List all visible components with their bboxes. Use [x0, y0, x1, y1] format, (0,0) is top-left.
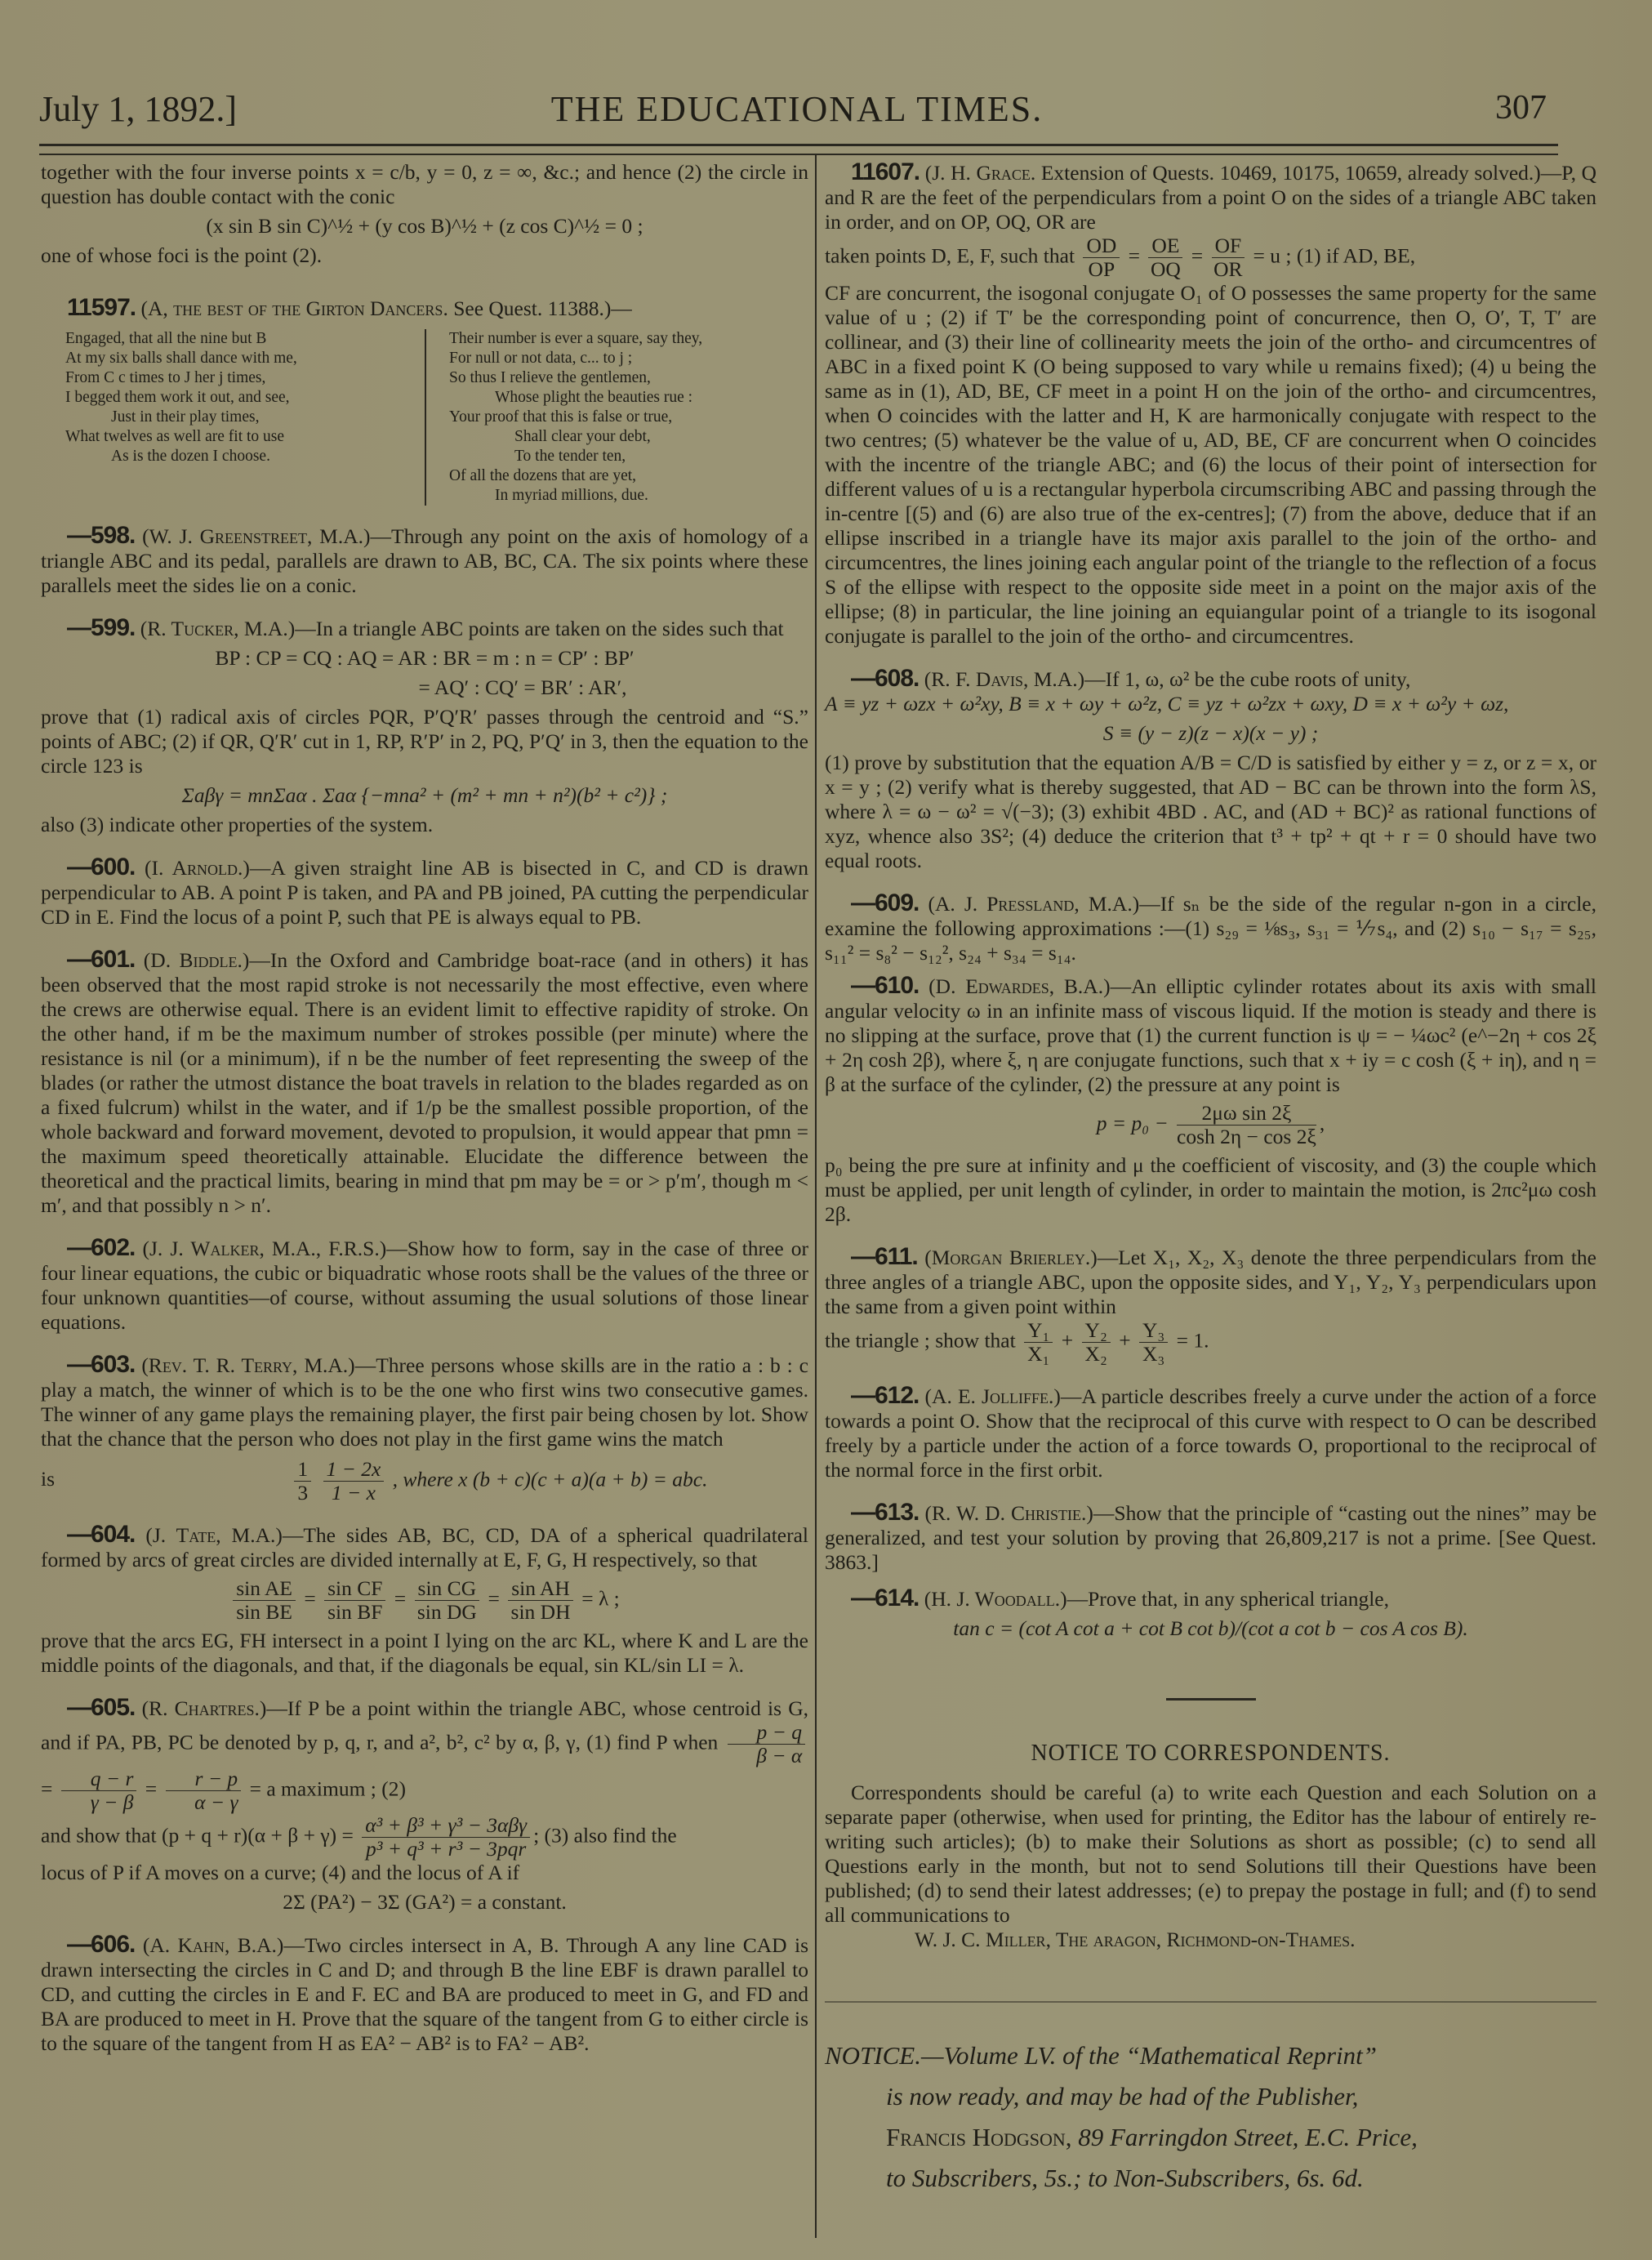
- poem-line: To the tender ten,: [449, 447, 808, 466]
- question-author: (I. Arnold.): [145, 856, 250, 880]
- question-author: (Morgan Brierley.): [924, 1246, 1098, 1269]
- ratio-equation: taken points D, E, F, such that ODOP = O…: [825, 234, 1596, 281]
- question-author: (H. J. Woodall.): [924, 1587, 1067, 1611]
- question-author: (R. W. D. Christie.): [924, 1501, 1093, 1525]
- question-author: (A, the best of the Girton Dancers.: [140, 296, 448, 320]
- question-number: —610.: [851, 972, 919, 999]
- poem: Engaged, that all the nine but B At my s…: [41, 329, 808, 506]
- question-614: —614. (H. J. Woodall.)—Prove that, in an…: [825, 1586, 1596, 1641]
- reprint-line: to Subscribers, 5s.; to Non-Subscribers,…: [825, 2158, 1596, 2199]
- sine-ratio-equation: sin AEsin BE = sin CFsin BF = sin CGsin …: [41, 1577, 808, 1624]
- poem-line: Shall clear your debt,: [449, 427, 808, 447]
- poem-line: So thus I relieve the gentlemen,: [449, 368, 808, 388]
- question-text: —In a triangle ABC points are taken on t…: [295, 617, 783, 640]
- question-author: (J. H. Grace.: [925, 161, 1036, 185]
- question-text: —In the Oxford and Cambridge boat-race (…: [41, 948, 808, 1217]
- question-text: also (3) indicate other properties of th…: [41, 813, 808, 837]
- question-ref: See Quest. 11388.)—: [453, 296, 632, 320]
- probability-equation: is 13 1 − 2x1 − x , where x (b + c)(c + …: [41, 1458, 808, 1504]
- question-text: CF are concurrent, the isogonal conjugat…: [825, 281, 1596, 649]
- fraction: q − rγ − β: [61, 1767, 137, 1814]
- header-rule-top: [39, 144, 1558, 146]
- question-author: (R. Chartres.): [142, 1696, 267, 1720]
- question-author: (A. Kahn, B.A.): [143, 1933, 284, 1957]
- reprint-line: is now ready, and may be had of the Publ…: [825, 2076, 1596, 2117]
- reprint-notice: NOTICE.—Volume LV. of the “Mathematical …: [825, 2035, 1596, 2199]
- poem-stanza-right: Their number is ever a square, say they,…: [425, 329, 808, 506]
- publisher-name: Francis Hodgson,: [886, 2123, 1072, 2151]
- question-603: —603. (Rev. T. R. Terry, M.A.)—Three per…: [41, 1353, 808, 1504]
- page-header: July 1, 1892.] THE EDUCATIONAL TIMES. 30…: [39, 88, 1555, 137]
- fraction: sin CFsin BF: [324, 1577, 385, 1624]
- question-author: (D. Biddle.): [144, 948, 250, 972]
- question-number: —614.: [851, 1585, 919, 1611]
- poem-line: Just in their play times,: [65, 408, 425, 427]
- question-number: 11607.: [851, 158, 920, 185]
- perpendicular-equation: the triangle ; show that Y₁X₁ + Y₂X₂ + Y…: [825, 1319, 1596, 1366]
- ratio-equation: BP : CP = CQ : AQ = AR : BR = m : n = CP…: [41, 646, 808, 671]
- pressure-equation: p = p₀ − 2μω sin 2ξcosh 2η − cos 2ξ,: [825, 1102, 1596, 1148]
- question-606: —606. (A. Kahn, B.A.)—Two circles inters…: [41, 1932, 808, 2056]
- question-609: —609. (A. J. Pressland, M.A.)—If sₙ be t…: [825, 891, 1596, 965]
- question-605: —605. (R. Chartres.)—If P be a point wit…: [41, 1696, 808, 1915]
- question-author: (W. J. Greenstreet, M.A.): [142, 524, 370, 548]
- circle-equation: Σaβγ = mnΣaα . Σaα {−mna² + (m² + mn + n…: [41, 783, 808, 808]
- definitions: A ≡ yz + ωzx + ω²xy, B ≡ x + ωy + ω²z, C…: [825, 692, 1596, 716]
- question-text: —If 1, ω, ω² be the cube roots of unity,: [1084, 667, 1410, 691]
- question-text: prove that the arcs EG, FH intersect in …: [41, 1629, 808, 1678]
- question-number: —598.: [67, 522, 135, 549]
- fraction: sin AHsin DH: [508, 1577, 573, 1624]
- poem-stanza-left: Engaged, that all the nine but B At my s…: [41, 329, 425, 506]
- poem-line: Their number is ever a square, say they,: [449, 329, 808, 349]
- fraction: α³ + β³ + γ³ − 3αβγp³ + q³ + r³ − 3pqr: [362, 1814, 530, 1861]
- question-611: —611. (Morgan Brierley.)—Let X₁, X₂, X₃ …: [825, 1245, 1596, 1366]
- fraction: p − qβ − α: [728, 1721, 805, 1767]
- fraction: ODOP: [1083, 234, 1120, 281]
- intro-text-end: one of whose foci is the point (2).: [41, 243, 808, 268]
- intro-text: together with the four inverse points x …: [41, 160, 808, 209]
- question-number: —602.: [67, 1234, 135, 1261]
- editor-address: W. J. C. Miller, The aragon, Richmond-on…: [825, 1928, 1596, 1952]
- poem-line: From C c times to J her j times,: [65, 368, 425, 388]
- question-number: —611.: [851, 1243, 918, 1270]
- section-divider: [825, 2001, 1596, 2003]
- notice-body: Correspondents should be careful (a) to …: [825, 1781, 1596, 1928]
- locus-equation: 2Σ (PA²) − 3Σ (GA²) = a constant.: [41, 1890, 808, 1915]
- fraction: 13: [294, 1458, 311, 1504]
- poem-line: Your proof that this is false or true,: [449, 408, 808, 427]
- notice-to-correspondents: NOTICE TO CORRESPONDENTS. Correspondents…: [825, 1741, 1596, 1952]
- fraction: sin AEsin BE: [233, 1577, 296, 1624]
- poem-line: For null or not data, c... to j ;: [449, 349, 808, 368]
- question-number: —604.: [67, 1521, 135, 1548]
- question-599: —599. (R. Tucker, M.A.)—In a triangle AB…: [41, 616, 808, 837]
- notice-title: NOTICE TO CORRESPONDENTS.: [825, 1741, 1596, 1766]
- poem-line: I begged them work it out, and see,: [65, 388, 425, 408]
- question-number: —606.: [67, 1931, 135, 1958]
- column-divider: [815, 155, 817, 2238]
- question-author: (A. J. Pressland, M.A.): [928, 892, 1139, 916]
- question-602: —602. (J. J. Walker, M.A., F.R.S.)—Show …: [41, 1236, 808, 1335]
- conic-equation: (x sin B sin C)^½ + (y cos B)^½ + (z cos…: [41, 214, 808, 238]
- question-number: —599.: [67, 614, 135, 641]
- ratio-equation-cont: = AQ′ : CQ′ = BR′ : AR′,: [41, 675, 808, 700]
- question-number: —608.: [851, 665, 919, 692]
- question-author: (D. Edwardes, B.A.): [928, 974, 1110, 998]
- question-600: —600. (I. Arnold.)—A given straight line…: [41, 855, 808, 929]
- fraction: Y₃X₃: [1139, 1319, 1168, 1366]
- question-number: —612.: [851, 1382, 919, 1409]
- s-equation: S ≡ (y − z)(z − x)(x − y) ;: [825, 721, 1596, 746]
- fraction: 1 − 2x1 − x: [323, 1458, 385, 1504]
- question-number: —600.: [67, 854, 135, 880]
- poem-line: At my six balls shall dance with me,: [65, 349, 425, 368]
- fraction: Y₂X₂: [1082, 1319, 1111, 1366]
- fraction: Y₁X₁: [1024, 1319, 1053, 1366]
- question-11597: 11597. (A, the best of the Girton Dancer…: [41, 296, 808, 321]
- question-number: 11597.: [67, 294, 136, 321]
- left-column: together with the four inverse points x …: [41, 160, 808, 2056]
- question-text: p₀ being the pre sure at infinity and μ …: [825, 1153, 1596, 1227]
- question-598: —598. (W. J. Greenstreet, M.A.)—Through …: [41, 524, 808, 598]
- question-604: —604. (J. Tate, M.A.)—The sides AB, BC, …: [41, 1522, 808, 1678]
- question-text: locus of P if A moves on a curve; (4) an…: [41, 1861, 808, 1885]
- journal-title: THE EDUCATIONAL TIMES.: [39, 88, 1555, 130]
- question-number: —603.: [67, 1351, 135, 1378]
- question-text: —Prove that, in any spherical triangle,: [1067, 1587, 1389, 1611]
- question-number: —609.: [851, 889, 919, 916]
- continued-solution: together with the four inverse points x …: [41, 160, 808, 268]
- poem-line: Engaged, that all the nine but B: [65, 329, 425, 349]
- question-601: —601. (D. Biddle.)—In the Oxford and Cam…: [41, 947, 808, 1218]
- right-column: 11607. (J. H. Grace. Extension of Quests…: [825, 160, 1596, 2199]
- page-number: 307: [1495, 88, 1547, 127]
- fraction: r − pα − γ: [166, 1767, 242, 1814]
- question-text: (1) prove by substitution that the equat…: [825, 751, 1596, 873]
- poem-line: What twelves as well are fit to use: [65, 427, 425, 447]
- question-number: —605.: [67, 1694, 135, 1721]
- fraction: 2μω sin 2ξcosh 2η − cos 2ξ: [1177, 1102, 1316, 1148]
- sum-equation: and show that (p + q + r)(α + β + γ) = α…: [41, 1814, 808, 1861]
- question-text: prove that (1) radical axis of circles P…: [41, 705, 808, 778]
- question-author: (A. E. Jolliffe.): [925, 1384, 1061, 1408]
- fraction: OFOR: [1212, 234, 1245, 281]
- question-author: (Rev. T. R. Terry, M.A.): [141, 1353, 354, 1377]
- fraction: sin CGsin DG: [415, 1577, 480, 1624]
- reprint-line: Francis Hodgson, 89 Farringdon Street, E…: [825, 2117, 1596, 2158]
- question-612: —612. (A. E. Jolliffe.)—A particle descr…: [825, 1384, 1596, 1482]
- question-author: (R. F. Davis, M.A.): [924, 667, 1084, 691]
- poem-line: As is the dozen I choose.: [65, 447, 425, 466]
- reprint-line: NOTICE.—Volume LV. of the “Mathematical …: [825, 2041, 1377, 2070]
- question-number: —601.: [67, 946, 135, 973]
- question-author: (R. Tucker, M.A.): [140, 617, 295, 640]
- question-608: —608. (R. F. Davis, M.A.)—If 1, ω, ω² be…: [825, 666, 1596, 873]
- section-divider: [1166, 1698, 1256, 1701]
- tangent-equation: tan c = (cot A cot a + cot B cot b)/(cot…: [825, 1616, 1596, 1641]
- poem-line: Of all the dozens that are yet,: [449, 466, 808, 486]
- question-610: —610. (D. Edwardes, B.A.)—An elliptic cy…: [825, 974, 1596, 1227]
- question-number: —613.: [851, 1499, 919, 1526]
- question-11607: 11607. (J. H. Grace. Extension of Quests…: [825, 160, 1596, 649]
- poem-line: Whose plight the beauties rue :: [449, 388, 808, 408]
- question-613: —613. (R. W. D. Christie.)—Show that the…: [825, 1500, 1596, 1575]
- question-author: (J. Tate, M.A.): [145, 1523, 283, 1547]
- question-author: (J. J. Walker, M.A., F.R.S.): [143, 1237, 387, 1260]
- fraction: OEOQ: [1148, 234, 1182, 281]
- header-rule-bottom: [39, 154, 1558, 155]
- poem-line: In myriad millions, due.: [449, 486, 808, 506]
